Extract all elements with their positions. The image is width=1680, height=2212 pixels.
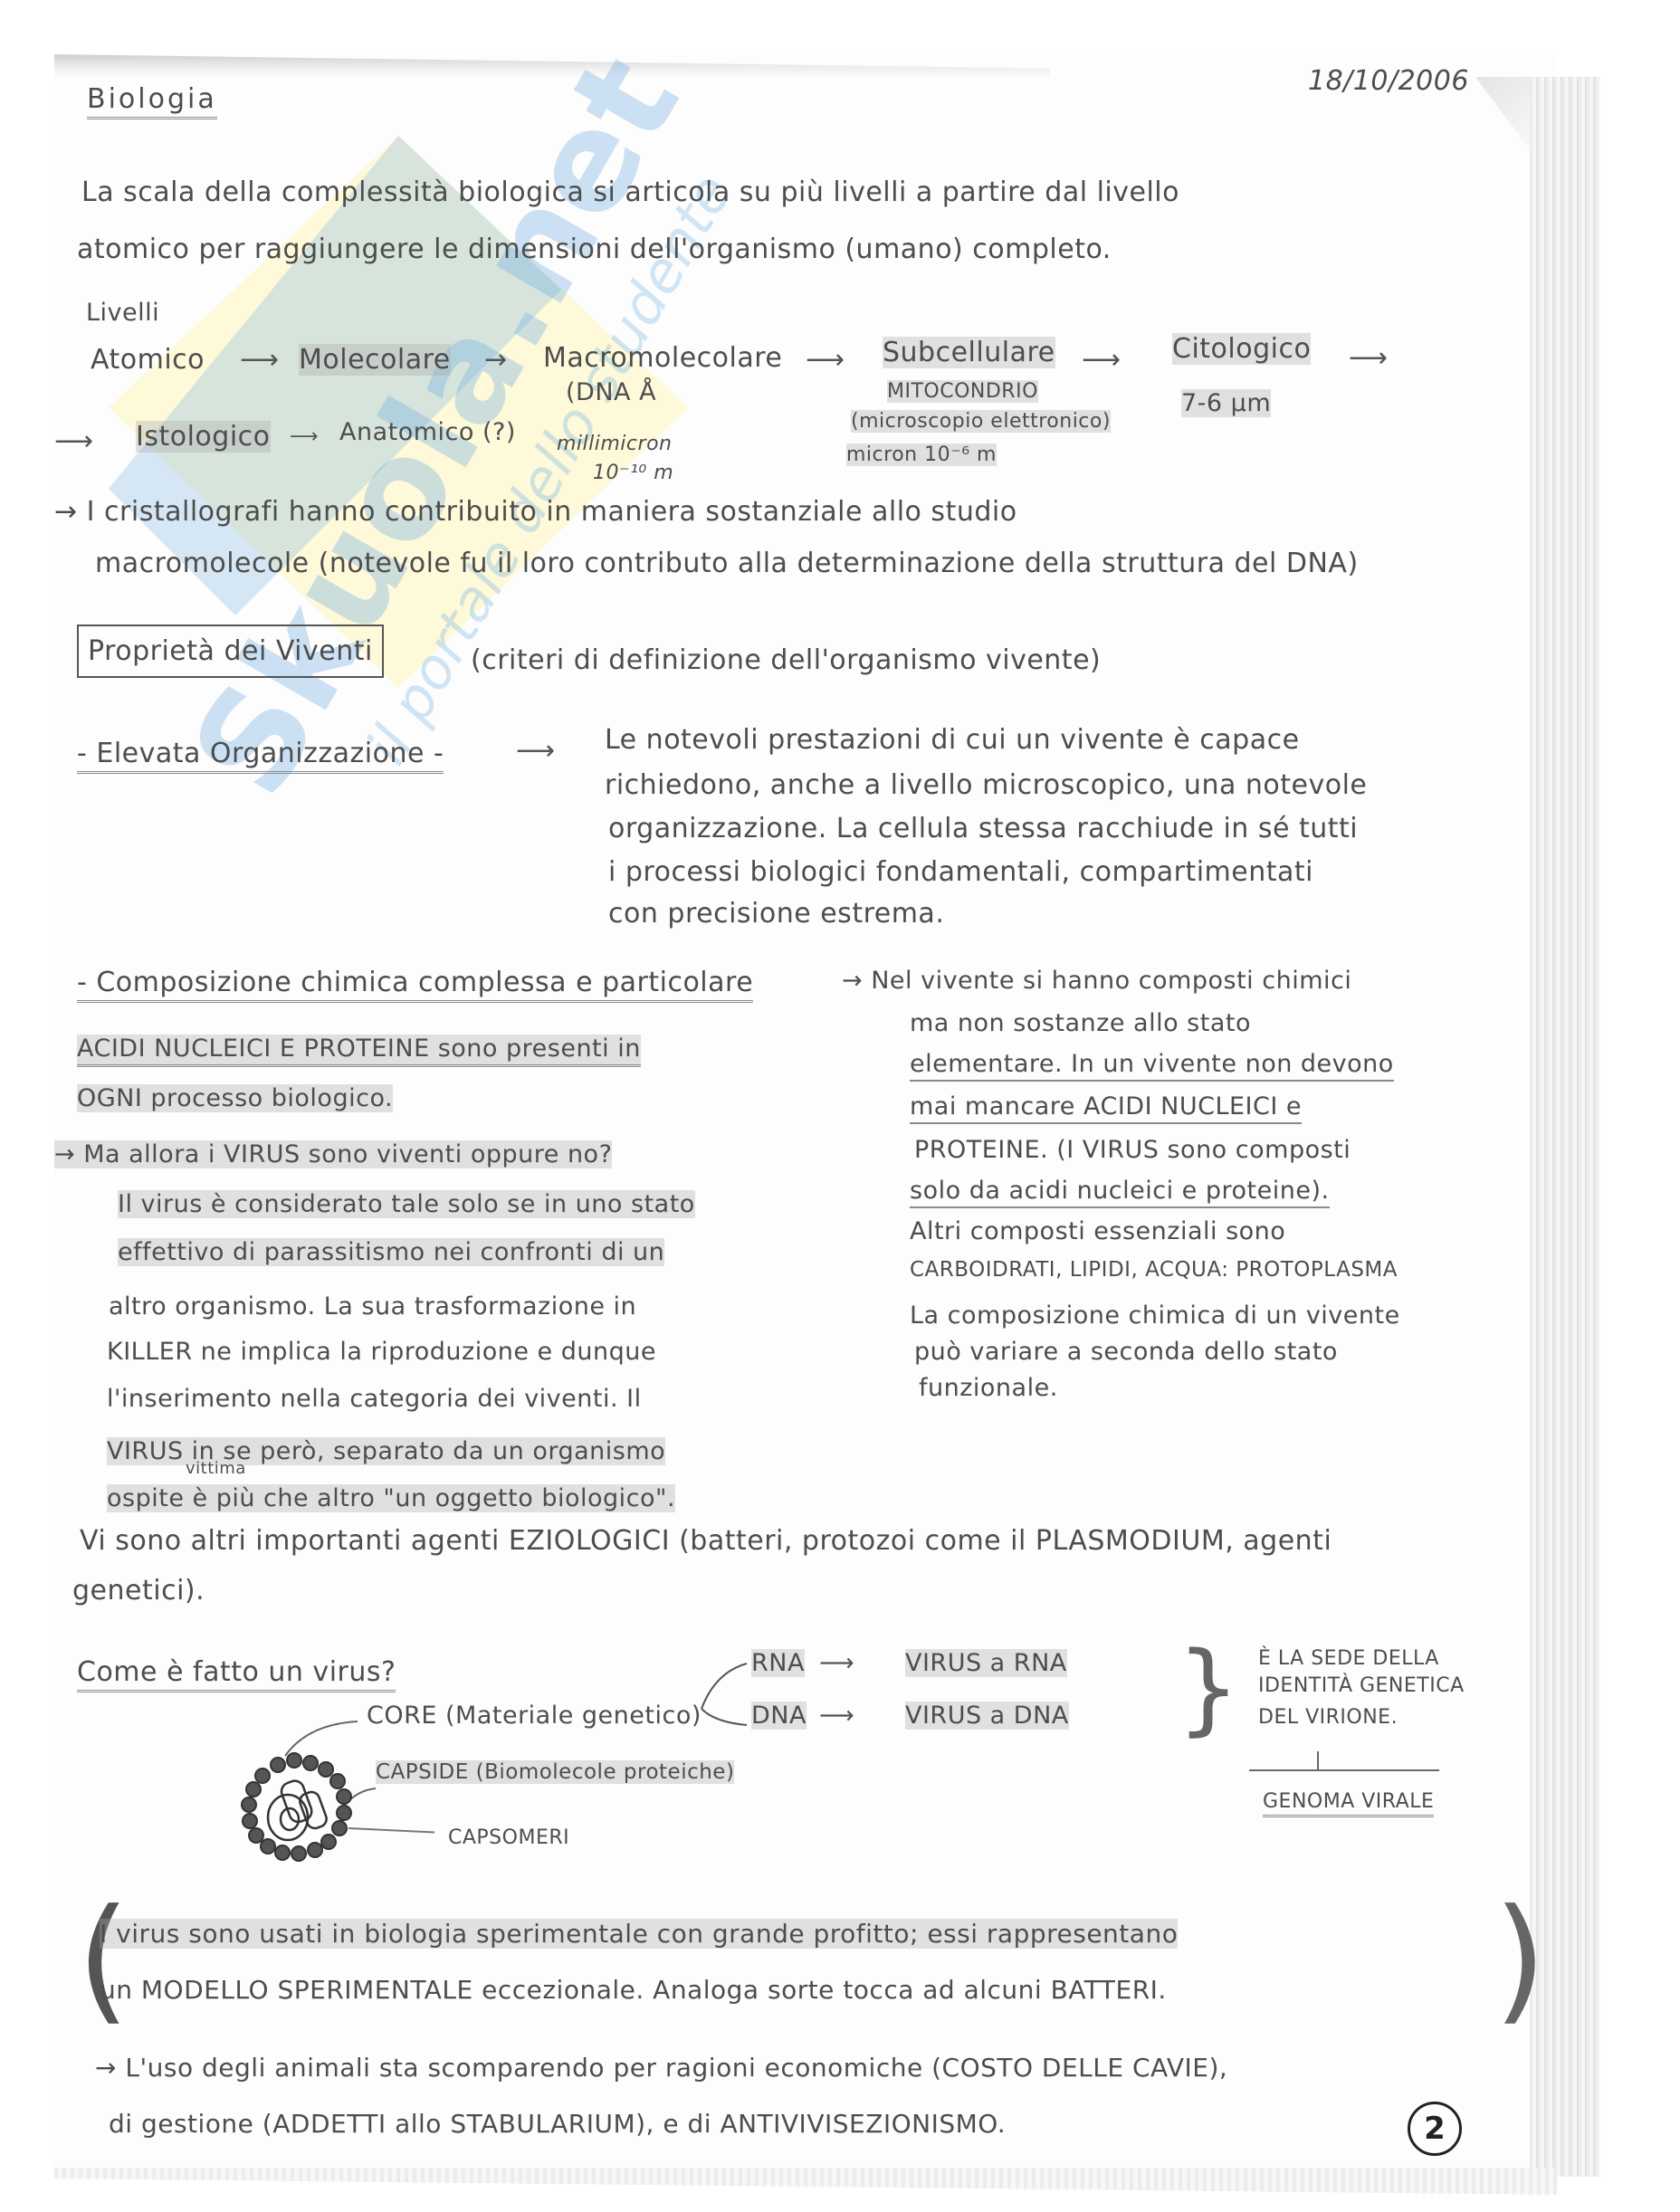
cito-note-size: 7-6 μm: [1181, 389, 1271, 417]
genome-label: GENOMA VIRALE: [1263, 1790, 1434, 1817]
text-line: → Ma allora i VIRUS sono viventi oppure …: [54, 1140, 612, 1168]
arrow-icon: ⟶: [240, 344, 280, 376]
text-line: Le notevoli prestazioni di cui un vivent…: [605, 724, 1300, 756]
eziologici-line-1: Vi sono altri importanti agenti EZIOLOGI…: [80, 1525, 1332, 1557]
animals-line-1: → L'uso degli animali sta scomparendo pe…: [95, 2053, 1227, 2083]
identity-line-1: È LA SEDE DELLA: [1258, 1647, 1439, 1670]
level-citologico: Citologico: [1172, 333, 1311, 365]
text-line: ACIDI NUCLEICI E PROTEINE sono presenti …: [77, 1034, 641, 1067]
arrow-icon: ⟶: [1349, 342, 1389, 374]
virus-drawing-icon: [199, 1702, 434, 1883]
divider: [1249, 1769, 1439, 1771]
text-line: solo da acidi nucleici e proteine).: [910, 1177, 1330, 1208]
property-elevata-organizzazione: - Elevata Organizzazione -: [77, 738, 444, 774]
text-line: i processi biologici fondamentali, compa…: [608, 856, 1313, 888]
arrow-icon: ⟶: [1082, 344, 1122, 376]
text-line: organizzazione. La cellula stessa racchi…: [608, 813, 1358, 844]
text-line: KILLER ne implica la riproduzione e dunq…: [107, 1338, 656, 1366]
macro-note-dna: (DNA Å: [566, 378, 656, 406]
text-line: CARBOIDRATI, LIPIDI, ACQUA: PROTOPLASMA: [910, 1258, 1398, 1282]
level-atomico: Atomico: [91, 344, 205, 376]
virus-rna: RNA: [751, 1649, 805, 1677]
arrow-icon: ⟶: [819, 1649, 854, 1677]
arrow-icon: ⟶: [516, 735, 556, 767]
brace-icon: }: [1177, 1638, 1240, 1738]
animals-line-2: di gestione (ADDETTI allo STABULARIUM), …: [109, 2109, 1006, 2139]
virus-dna: DNA: [751, 1702, 807, 1730]
property-composizione-chimica: - Composizione chimica complessa e parti…: [77, 967, 753, 1003]
level-subcellulare: Subcellulare: [883, 337, 1055, 368]
cristallografi-line-1: → I cristallografi hanno contribuito in …: [54, 496, 1017, 528]
level-molecolare: Molecolare: [299, 344, 451, 376]
text-line: PROTEINE. (I VIRUS sono composti: [914, 1136, 1351, 1164]
properties-heading: Proprietà dei Viventi: [77, 625, 384, 678]
identity-line-2: IDENTITÀ GENETICA: [1258, 1674, 1465, 1697]
text-line: La composizione chimica di un vivente: [910, 1301, 1400, 1330]
close-paren-icon: ): [1494, 1892, 1547, 2027]
level-anatomico: Anatomico (?): [339, 418, 516, 446]
text-line: funzionale.: [919, 1374, 1058, 1402]
divider: [1317, 1751, 1319, 1771]
text-line: l'inserimento nella categoria dei vivent…: [107, 1385, 642, 1413]
page-bottom-edge: [54, 2168, 1557, 2195]
eziologici-line-2: genetici).: [72, 1575, 205, 1607]
macro-note-size: 10⁻¹⁰ m: [593, 462, 673, 484]
text-line: mai mancare ACIDI NUCLEICI e: [910, 1092, 1302, 1124]
text-line: ma non sostanze allo stato: [910, 1009, 1251, 1037]
arrow-icon: →: [484, 344, 508, 376]
text-line: può variare a seconda dello stato: [914, 1338, 1338, 1366]
virus-capsomeri-label: CAPSOMERI: [448, 1826, 569, 1849]
intro-line-2: atomico per raggiungere le dimensioni de…: [77, 234, 1112, 265]
arrow-icon: ⟶: [54, 425, 94, 457]
text-line: con precisione estrema.: [608, 898, 944, 930]
correction-note: vittima: [186, 1459, 246, 1478]
text-line: ospite è più che altro "un oggetto biolo…: [107, 1484, 675, 1512]
virus-rna-result: VIRUS a RNA: [905, 1649, 1067, 1677]
identity-line-3: DEL VIRIONE.: [1258, 1706, 1398, 1729]
virus-question: Come è fatto un virus?: [77, 1656, 396, 1692]
page-date: 18/10/2006: [1308, 65, 1469, 97]
page-stack-edge: [1530, 77, 1600, 2177]
level-macromolecolare: Macromolecolare: [543, 342, 782, 374]
level-istologico: Istologico: [136, 421, 271, 453]
arrow-icon: ⟶: [806, 344, 845, 376]
text-line: OGNI processo biologico.: [77, 1084, 393, 1112]
page-title: Biologia: [87, 83, 217, 119]
cristallografi-line-2: macromolecole (notevole fu il loro contr…: [95, 548, 1359, 579]
text-line: → Nel vivente si hanno composti chimici: [842, 967, 1351, 995]
text-line: altro organismo. La sua trasformazione i…: [109, 1292, 636, 1321]
levels-label: Livelli: [86, 299, 159, 327]
text-line: elementare. In un vivente non devono: [910, 1050, 1394, 1082]
text-line: effettivo di parassitismo nei confronti …: [118, 1238, 664, 1266]
models-line-1: I virus sono usati in biologia speriment…: [100, 1919, 1178, 1949]
sub-note-mitocondrio: MITOCONDRIO: [887, 380, 1038, 403]
sub-note-microscope: (microscopio elettronico): [851, 410, 1111, 433]
properties-subtitle: (criteri di definizione dell'organismo v…: [471, 644, 1101, 676]
intro-line-1: La scala della complessità biologica si …: [81, 176, 1179, 208]
arrow-icon: ⟶: [290, 425, 319, 448]
virus-dna-result: VIRUS a DNA: [905, 1702, 1069, 1730]
page-number: 2: [1408, 2102, 1462, 2156]
models-line-2: un MODELLO SPERIMENTALE eccezionale. Ana…: [100, 1975, 1167, 2005]
arrow-icon: ⟶: [819, 1702, 854, 1730]
text-line: richiedono, anche a livello microscopico…: [605, 769, 1367, 801]
open-paren-icon: (: [77, 1892, 130, 2027]
macro-note-unit: millimicron: [557, 433, 672, 455]
sub-note-size: micron 10⁻⁶ m: [846, 443, 997, 466]
text-line: Altri composti essenziali sono: [910, 1217, 1285, 1245]
text-line: Il virus è considerato tale solo se in u…: [118, 1190, 695, 1218]
